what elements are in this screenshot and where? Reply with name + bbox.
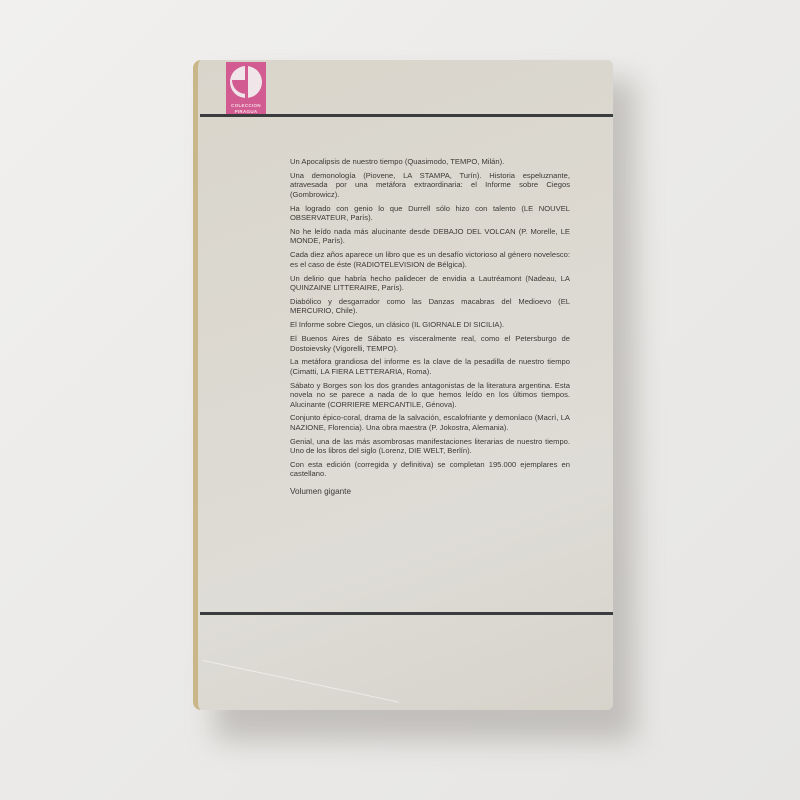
quote: Una demonología (Piovene, LA STAMPA, Tur… — [290, 171, 570, 199]
quote: Cada diez años aparece un libro que es u… — [290, 250, 570, 269]
quote: Conjunto épico-coral, drama de la salvac… — [290, 413, 570, 432]
quote: Diabólico y desgarrador como las Danzas … — [290, 297, 570, 316]
top-rule — [200, 114, 613, 117]
bottom-rule — [200, 612, 613, 615]
quote: Con esta edición (corregida y definitiva… — [290, 460, 570, 479]
quote: Un delirio que habría hecho palidecer de… — [290, 274, 570, 293]
quote: Un Apocalipsis de nuestro tiempo (Quasim… — [290, 157, 570, 166]
quote: El Informe sobre Ciegos, un clásico (IL … — [290, 320, 570, 329]
blurb-text: Un Apocalipsis de nuestro tiempo (Quasim… — [290, 157, 570, 501]
quote: El Buenos Aires de Sábato es visceralmen… — [290, 334, 570, 353]
publisher-logo: COLECCION PIRAGUA — [226, 62, 266, 134]
piragua-logo-icon — [226, 62, 266, 102]
quote: La metáfora grandiosa del informe es la … — [290, 357, 570, 376]
closing-note: Volumen gigante — [290, 487, 570, 496]
quote: Genial, una de las más asombrosas manife… — [290, 437, 570, 456]
cover-crease — [203, 660, 399, 703]
quote: Sábato y Borges son los dos grandes anta… — [290, 381, 570, 409]
quote: No he leído nada más alucinante desde DE… — [290, 227, 570, 246]
quote: Ha logrado con genio lo que Durrell sólo… — [290, 204, 570, 223]
book-back-cover: COLECCION PIRAGUA Un Apocalipsis de nues… — [193, 60, 613, 710]
